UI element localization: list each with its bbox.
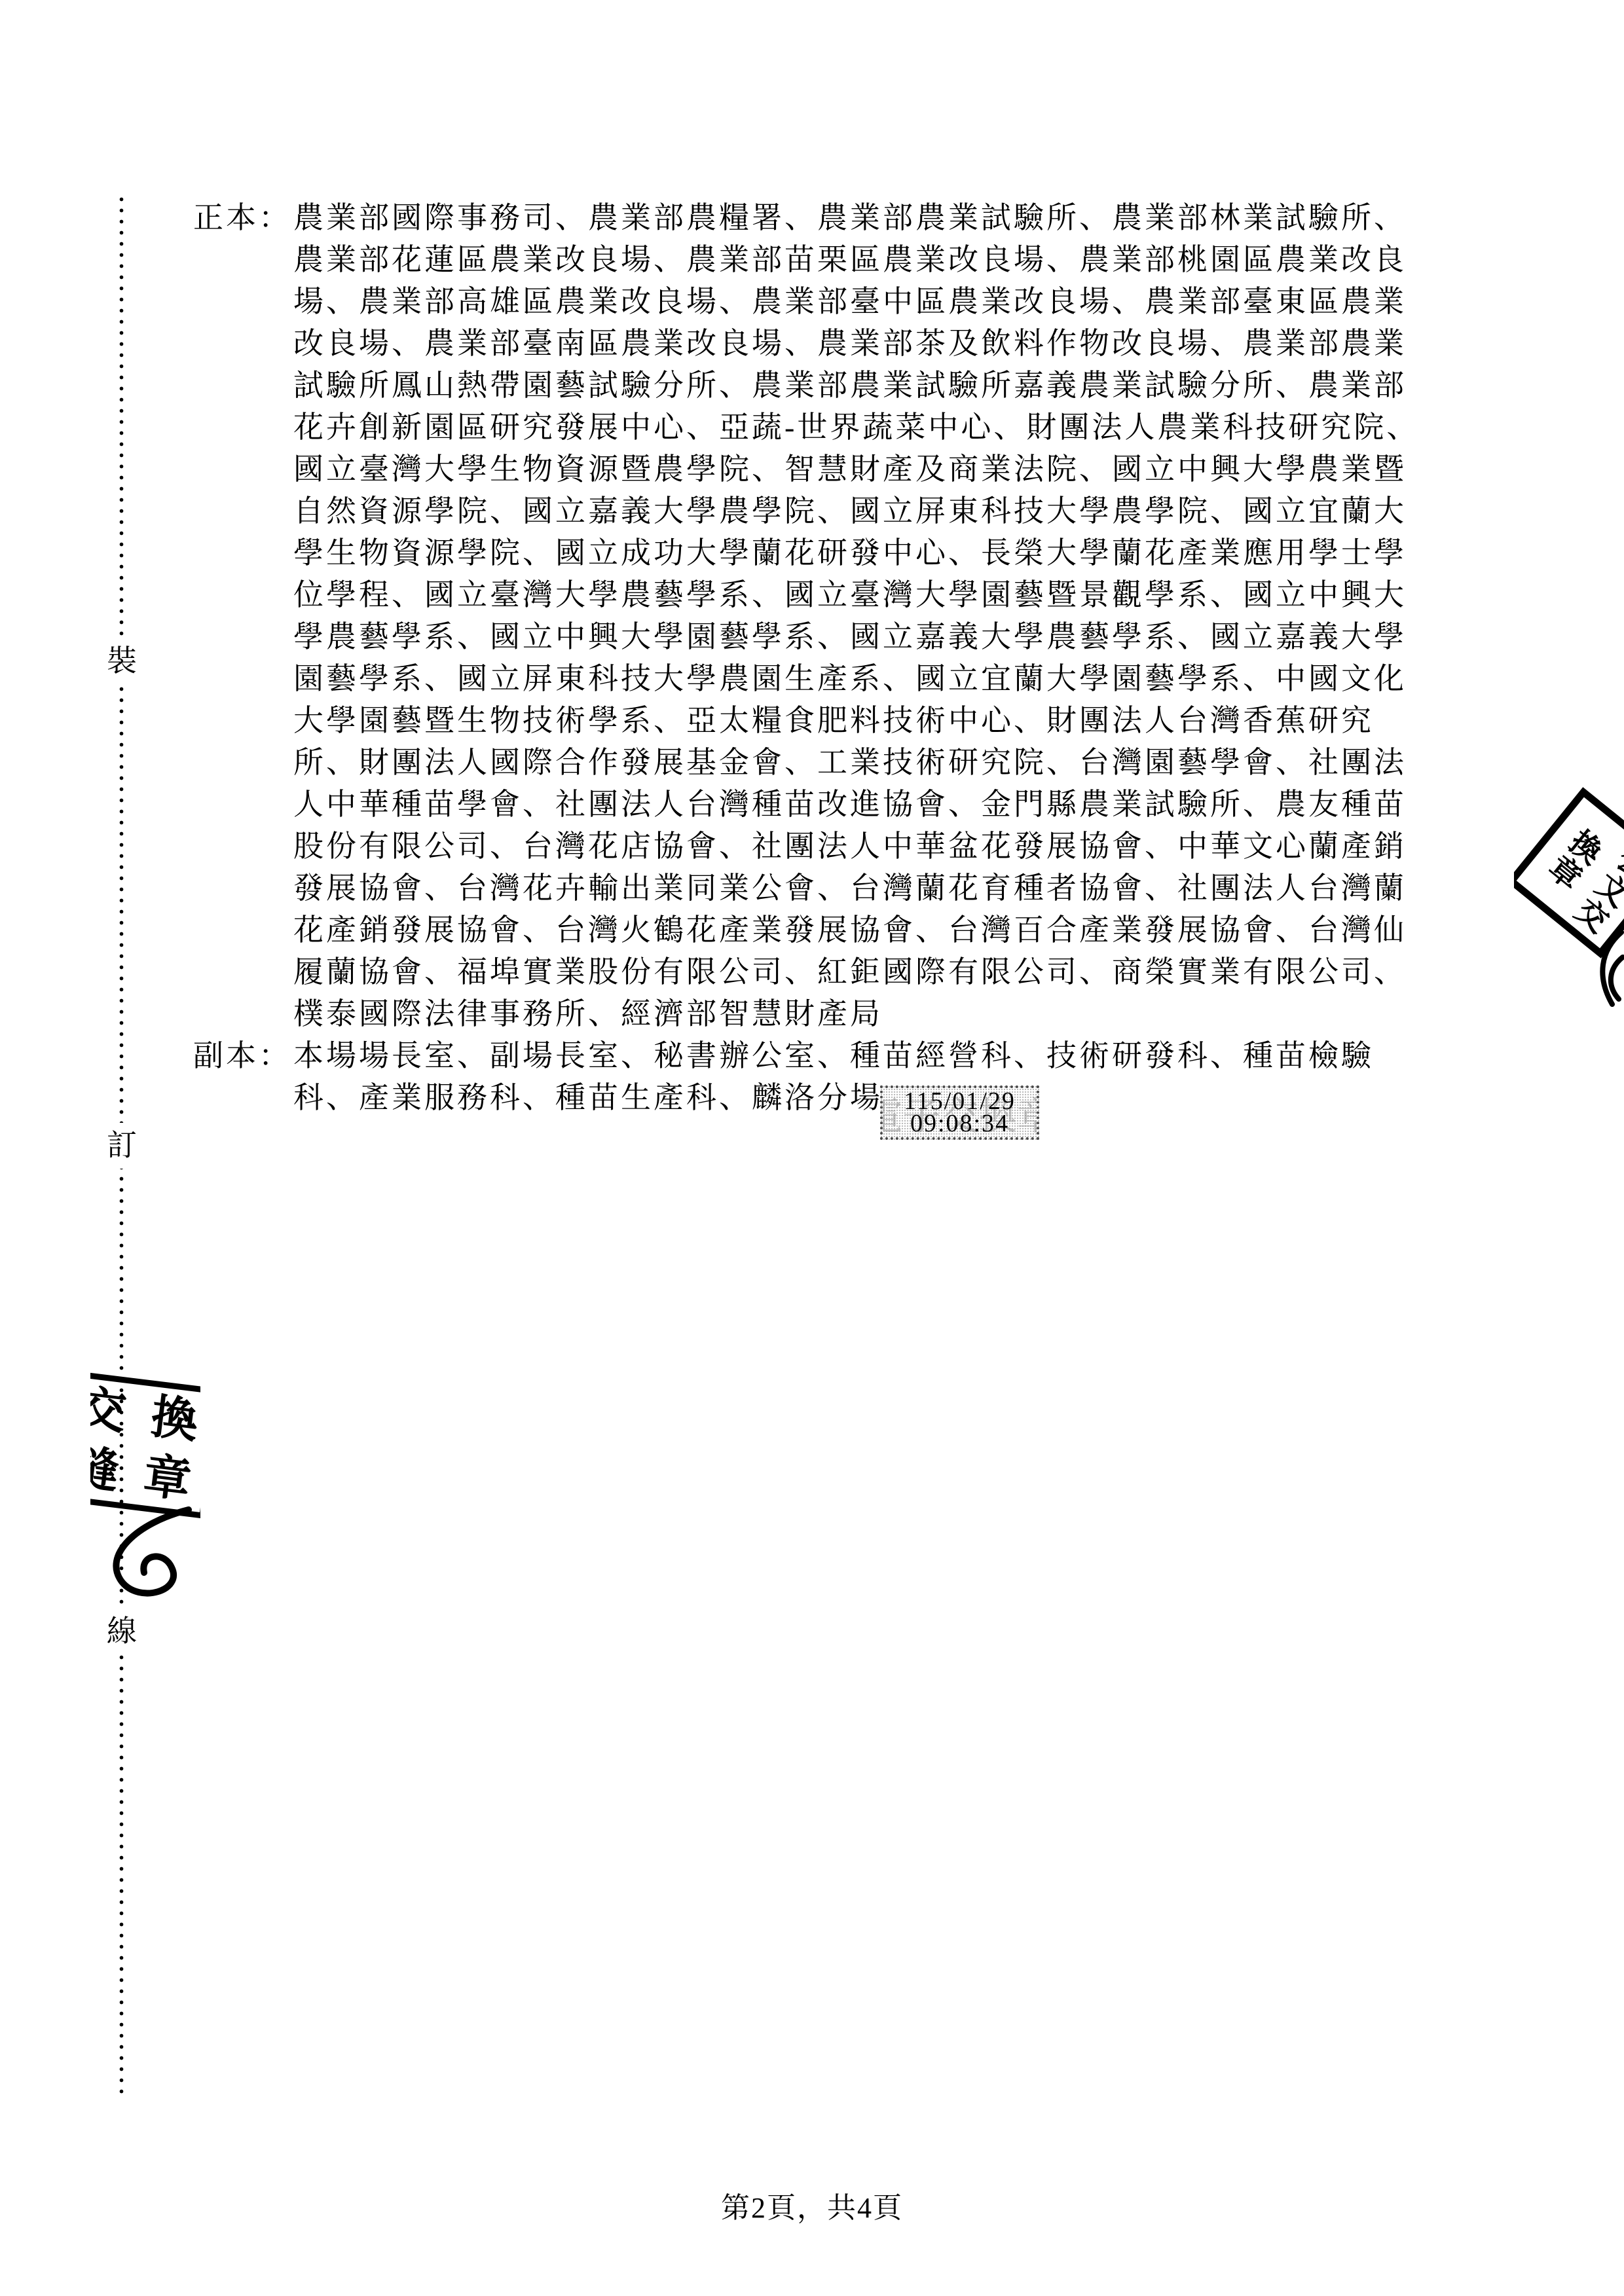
text-line: 人中華種苗學會、社團法人台灣種苗改進協會、金門縣農業試驗所、農友種苗 [293, 784, 1492, 826]
recipients-block: 正本： 農業部國際事務司、農業部農糧署、農業部農業試驗所、農業部林業試驗所、農業… [193, 197, 1492, 1119]
seal-swirl-icon [1595, 931, 1624, 1010]
binding-char-xian: 線 [105, 1609, 139, 1654]
right-exchange-seal: 公文交 換章 [1514, 786, 1624, 1011]
text-line: 農業部花蓮區農業改良場、農業部苗栗區農業改良場、農業部桃園區農業改良 [293, 239, 1492, 281]
text-line: 學生物資源學院、國立成功大學蘭花研發中心、長榮大學蘭花產業應用學士學 [293, 532, 1492, 574]
copy-recipients-label: 副本： [193, 1035, 291, 1077]
text-line: 試驗所鳳山熱帶園藝試驗分所、農業部農業試驗所嘉義農業試驗分所、農業部 [293, 365, 1492, 407]
seal-char: 縫 [90, 1443, 121, 1495]
text-line: 場、農業部高雄區農業改良場、農業部臺中區農業改良場、農業部臺東區農業 [293, 281, 1492, 323]
text-line: 自然資源學院、國立嘉義大學農學院、國立屏東科技大學農學院、國立宜蘭大 [293, 490, 1492, 532]
text-line: 大學園藝暨生物技術學系、亞太糧食肥料技術中心、財團法人台灣香蕉研究 [293, 700, 1492, 742]
binding-char-ding: 訂 [105, 1123, 139, 1169]
text-line: 股份有限公司、台灣花店協會、社團法人中華盆花發展協會、中華文心蘭產銷 [293, 826, 1492, 867]
text-line: 學農藝學系、國立中興大學園藝學系、國立嘉義大學農藝學系、國立嘉義大學 [293, 616, 1492, 658]
text-line: 園藝學系、國立屏東科技大學農園生產系、國立宜蘭大學園藝學系、中國文化 [293, 658, 1492, 700]
text-line: 位學程、國立臺灣大學農藝學系、國立臺灣大學園藝暨景觀學系、國立中興大 [293, 574, 1492, 616]
text-line: 履蘭協會、福埠實業股份有限公司、紅鉅國際有限公司、商榮實業有限公司、 [293, 951, 1492, 993]
left-seam-seal-box: 交 換 縫 章 [90, 1372, 200, 1519]
primary-recipients-lines: 農業部國際事務司、農業部農糧署、農業部農業試驗所、農業部林業試驗所、農業部花蓮區… [293, 197, 1492, 1035]
seal-char: 換 [148, 1393, 200, 1445]
primary-recipients-label: 正本： [193, 197, 291, 239]
page-number: 第2頁，共4頁 [0, 2184, 1624, 2226]
text-line: 國立臺灣大學生物資源暨農學院、智慧財產及商業法院、國立中興大學農業暨 [293, 448, 1492, 490]
text-line: 花產銷發展協會、台灣火鶴花產業發展協會、台灣百合產業發展協會、台灣仙 [293, 909, 1492, 951]
seal-char: 章 [141, 1452, 193, 1504]
electronic-exchange-timestamp-stamp: 電子交換章 115/01/29 09:08:34 [880, 1085, 1039, 1140]
text-line: 樸泰國際法律事務所、經濟部智慧財產局 [293, 993, 1492, 1035]
seal-char: 交 [90, 1384, 129, 1436]
primary-recipients-section: 正本： 農業部國際事務司、農業部農糧署、農業部農業試驗所、農業部林業試驗所、農業… [193, 197, 1492, 1035]
binding-char-zhuang: 裝 [105, 638, 139, 684]
text-line: 發展協會、台灣花卉輸出業同業公會、台灣蘭花育種者協會、社團法人台灣蘭 [293, 867, 1492, 909]
text-line: 本場場長室、副場長室、秘書辦公室、種苗經營科、技術研發科、種苗檢驗 [293, 1035, 1492, 1077]
seal-swirl-icon [90, 1504, 200, 1599]
text-line: 花卉創新園區研究發展中心、亞蔬-世界蔬菜中心、財團法人農業科技研究院、 [293, 407, 1492, 448]
copy-recipients-section: 副本： 本場場長室、副場長室、秘書辦公室、種苗經營科、技術研發科、種苗檢驗科、產… [193, 1035, 1492, 1119]
text-line: 改良場、農業部臺南區農業改良場、農業部茶及飲料作物改良場、農業部農業 [293, 323, 1492, 365]
exchange-stamp-time: 09:08:34 [883, 1111, 1037, 1136]
left-seam-seal: 交 換 縫 章 [90, 1372, 200, 1600]
text-line: 農業部國際事務司、農業部農糧署、農業部農業試驗所、農業部林業試驗所、 [293, 197, 1492, 239]
document-page: 裝 訂 線 正本： 農業部國際事務司、農業部農糧署、農業部農業試驗所、農業部林業… [0, 0, 1624, 2296]
text-line: 所、財團法人國際合作發展基金會、工業技術研究院、台灣園藝學會、社團法 [293, 742, 1492, 784]
